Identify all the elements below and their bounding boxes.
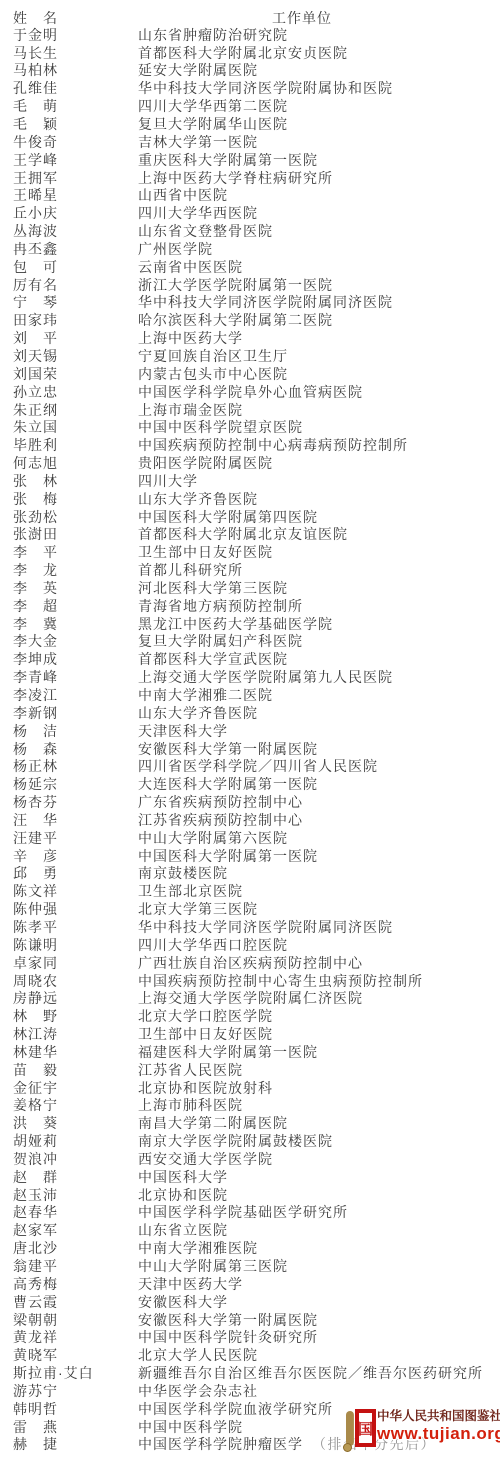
member-unit: 安徽医科大学第一附属医院 (138, 741, 318, 759)
member-unit-text: 中国医科大学附属第四医院 (138, 509, 318, 525)
member-unit: 中山大学附属第六医院 (138, 830, 288, 848)
member-unit-text: 华中科技大学同济医学院附属协和医院 (138, 80, 393, 96)
member-name: 牛俊奇 (13, 134, 58, 152)
member-unit-text: 华中科技大学同济医学院附属同济医院 (138, 294, 393, 310)
member-unit-text: 北京大学人民医院 (138, 1347, 258, 1363)
table-row: 丘小庆 四川大学华西医院 (0, 205, 500, 223)
member-unit: 中国医科大学附属第四医院 (138, 509, 318, 527)
table-row: 苗 毅 江苏省人民医院 (0, 1062, 500, 1080)
table-row: 冉丕鑫 广州医学院 (0, 241, 500, 259)
member-name: 游苏宁 (13, 1383, 58, 1401)
table-row: 金征宇 北京协和医院放射科 (0, 1080, 500, 1098)
member-name: 李 英 (13, 580, 58, 598)
member-unit-text: 中国中医科学院 (138, 1419, 243, 1435)
watermark-org-name: 中华人民共和国图鉴社 (377, 1406, 500, 1424)
member-unit-text: 中山大学附属第三医院 (138, 1258, 288, 1274)
member-unit-text: 重庆医科大学附属第一医院 (138, 152, 318, 168)
member-unit-text: 四川大学华西医院 (138, 205, 258, 221)
member-unit: 上海市瑞金医院 (138, 402, 243, 420)
table-row: 张 林 四川大学 (0, 473, 500, 491)
member-name: 刘 平 (13, 330, 58, 348)
member-name: 李 龙 (13, 562, 58, 580)
member-unit: 华中科技大学同济医学院附属同济医院 (138, 294, 393, 312)
member-unit-text: 浙江大学医学院附属第一医院 (138, 277, 333, 293)
member-unit-text: 南昌大学第二附属医院 (138, 1115, 288, 1131)
member-unit-text: 延安大学附属医院 (138, 62, 258, 78)
member-name: 李青峰 (13, 669, 58, 687)
member-name: 陈文祥 (13, 883, 58, 901)
table-row: 房静远 上海交通大学医学院附属仁济医院 (0, 990, 500, 1008)
member-name: 黄龙祥 (13, 1329, 58, 1347)
member-name: 宁 琴 (13, 294, 58, 312)
member-name: 杨正林 (13, 758, 58, 776)
table-row: 翁建平 中山大学附属第三医院 (0, 1258, 500, 1276)
member-unit-text: 上海交通大学医学院附属仁济医院 (138, 990, 363, 1006)
member-name: 赫 捷 (13, 1436, 58, 1454)
member-unit: 重庆医科大学附属第一医院 (138, 152, 318, 170)
member-unit: 中国中医科学院针灸研究所 (138, 1329, 318, 1347)
table-row: 孔维佳 华中科技大学同济医学院附属协和医院 (0, 80, 500, 98)
table-row: 梁朝朝 安徽医科大学第一附属医院 (0, 1312, 500, 1330)
member-unit-text: 山东大学齐鲁医院 (138, 491, 258, 507)
table-row: 牛俊奇 吉林大学第一医院 (0, 134, 500, 152)
member-name: 张 梅 (13, 491, 58, 509)
member-unit: 华中科技大学同济医学院附属协和医院 (138, 80, 393, 98)
member-unit-text: 中国医学科学院血液学研究所 (138, 1401, 333, 1417)
member-unit: 四川省医学科学院／四川省人民医院 (138, 758, 378, 776)
member-name: 曹云霞 (13, 1294, 58, 1312)
table-row: 宁 琴 华中科技大学同济医学院附属同济医院 (0, 294, 500, 312)
member-name: 毕胜利 (13, 437, 58, 455)
member-name: 毛 萌 (13, 98, 58, 116)
member-unit: 中南大学湘雅二医院 (138, 687, 273, 705)
table-row: 朱立国 中国中医科学院望京医院 (0, 419, 500, 437)
member-unit-text: 中国医科大学 (138, 1169, 228, 1185)
scroll-icon (346, 1411, 354, 1446)
member-name: 朱正纲 (13, 402, 58, 420)
table-row: 陈谦明 四川大学华西口腔医院 (0, 937, 500, 955)
member-unit: 中国中医科学院 (138, 1419, 243, 1437)
member-unit: 卫生部中日友好医院 (138, 1026, 273, 1044)
member-unit: 首都医科大学附属北京安贞医院 (138, 45, 348, 63)
table-row: 包 可 云南省中医医院 (0, 259, 500, 277)
member-unit-text: 四川大学华西口腔医院 (138, 937, 288, 953)
member-name: 苗 毅 (13, 1062, 58, 1080)
member-unit: 南京大学医学院附属鼓楼医院 (138, 1133, 333, 1151)
member-unit: 西安交通大学医学院 (138, 1151, 273, 1169)
member-name: 林江涛 (13, 1026, 58, 1044)
member-unit-text: 贵阳医学院附属医院 (138, 455, 273, 471)
member-name: 陈谦明 (13, 937, 58, 955)
table-row: 胡娅莉 南京大学医学院附属鼓楼医院 (0, 1133, 500, 1151)
national-seal-icon: 国 (355, 1409, 376, 1447)
table-row: 马长生 首都医科大学附属北京安贞医院 (0, 45, 500, 63)
table-row: 孙立忠 中国医学科学院阜外心血管病医院 (0, 384, 500, 402)
member-name: 杨 森 (13, 741, 58, 759)
member-unit-text: 江苏省疾病预防控制中心 (138, 812, 303, 828)
table-row: 张劲松 中国医科大学附属第四医院 (0, 509, 500, 527)
member-name: 田家玮 (13, 312, 58, 330)
member-unit: 延安大学附属医院 (138, 62, 258, 80)
member-unit: 北京协和医院放射科 (138, 1080, 273, 1098)
member-unit: 四川大学华西口腔医院 (138, 937, 288, 955)
member-unit-text: 上海市肺科医院 (138, 1097, 243, 1113)
member-name: 李 冀 (13, 616, 58, 634)
member-unit: 大连医科大学附属第一医院 (138, 776, 318, 794)
member-unit: 北京大学人民医院 (138, 1347, 258, 1365)
seal-character: 国 (358, 1418, 373, 1439)
table-row: 黄龙祥 中国中医科学院针灸研究所 (0, 1329, 500, 1347)
member-unit-text: 中山大学附属第六医院 (138, 830, 288, 846)
member-unit: 浙江大学医学院附属第一医院 (138, 277, 333, 295)
table-row: 陈仲强 北京大学第三医院 (0, 901, 500, 919)
table-row: 斯拉甫·艾白 新疆维吾尔自治区维吾尔医医院／维吾尔医药研究所 (0, 1365, 500, 1383)
member-name: 赵春华 (13, 1204, 58, 1222)
member-unit: 哈尔滨医科大学附属第二医院 (138, 312, 333, 330)
table-row: 高秀梅 天津中医药大学 (0, 1276, 500, 1294)
member-name: 厉有名 (13, 277, 58, 295)
table-row: 杨 森 安徽医科大学第一附属医院 (0, 741, 500, 759)
member-name: 斯拉甫·艾白 (13, 1365, 94, 1383)
member-unit-text: 中国中医科学院望京医院 (138, 419, 303, 435)
member-unit: 中南大学湘雅医院 (138, 1240, 258, 1258)
member-unit-text: 中南大学湘雅医院 (138, 1240, 258, 1256)
member-unit-text: 南京大学医学院附属鼓楼医院 (138, 1133, 333, 1149)
table-row: 姜格宁 上海市肺科医院 (0, 1097, 500, 1115)
member-name: 丘小庆 (13, 205, 58, 223)
member-name: 杨 洁 (13, 723, 58, 741)
member-name: 马柏林 (13, 62, 58, 80)
member-unit: 北京大学第三医院 (138, 901, 258, 919)
member-name: 李新钢 (13, 705, 58, 723)
table-row: 李 超 青海省地方病预防控制所 (0, 598, 500, 616)
member-unit-text: 首都儿科研究所 (138, 562, 243, 578)
member-unit-text: 天津医科大学 (138, 723, 228, 739)
member-name: 张劲松 (13, 509, 58, 527)
header-name-column: 姓 名 (13, 9, 58, 27)
table-row: 陈文祥 卫生部北京医院 (0, 883, 500, 901)
member-unit-text: 广西壮族自治区疾病预防控制中心 (138, 955, 363, 971)
member-unit-text: 复旦大学附属妇产科医院 (138, 633, 303, 649)
member-name: 金征宇 (13, 1080, 58, 1098)
member-unit: 山东省肿瘤防治研究院 (138, 27, 288, 45)
member-unit-text: 山东省立医院 (138, 1222, 228, 1238)
member-unit: 河北医科大学第三医院 (138, 580, 288, 598)
watermark: 国 中华人民共和国图鉴社 www.tujian.org (340, 1402, 500, 1458)
member-name: 于金明 (13, 27, 58, 45)
table-row: 毛 萌 四川大学华西第二医院 (0, 98, 500, 116)
member-unit-text: 四川大学 (138, 473, 198, 489)
member-list: 于金明 山东省肿瘤防治研究院 马长生 首都医科大学附属北京安贞医院 马柏林 延安… (0, 27, 500, 1455)
member-unit-text: 新疆维吾尔自治区维吾尔医医院／维吾尔医药研究所 (138, 1365, 483, 1381)
member-unit-text: 四川省医学科学院／四川省人民医院 (138, 758, 378, 774)
table-row: 刘国荣 内蒙古包头市中心医院 (0, 366, 500, 384)
table-row: 丛海波 山东省文登整骨医院 (0, 223, 500, 241)
header-unit-column: 工作单位 (272, 9, 332, 27)
member-unit: 卫生部北京医院 (138, 883, 243, 901)
member-unit-text: 中华医学会杂志社 (138, 1383, 258, 1399)
member-unit-text: 北京大学口腔医学院 (138, 1008, 273, 1024)
member-name: 刘天锡 (13, 348, 58, 366)
table-row: 李 平 卫生部中日友好医院 (0, 544, 500, 562)
member-unit-text: 安徽医科大学 (138, 1294, 228, 1310)
member-name: 辛 彦 (13, 848, 58, 866)
table-row: 毕胜利 中国疾病预防控制中心病毒病预防控制所 (0, 437, 500, 455)
table-row: 李青峰 上海交通大学医学院附属第九人民医院 (0, 669, 500, 687)
member-name: 陈仲强 (13, 901, 58, 919)
member-unit-text: 首都医科大学附属北京安贞医院 (138, 45, 348, 61)
member-unit: 江苏省疾病预防控制中心 (138, 812, 303, 830)
member-name: 李 平 (13, 544, 58, 562)
member-name: 孙立忠 (13, 384, 58, 402)
member-unit: 江苏省人民医院 (138, 1062, 243, 1080)
member-unit-text: 首都医科大学宣武医院 (138, 651, 288, 667)
member-unit-text: 复旦大学附属华山医院 (138, 116, 288, 132)
member-name: 赵玉沛 (13, 1187, 58, 1205)
member-unit: 贵阳医学院附属医院 (138, 455, 273, 473)
member-unit: 北京协和医院 (138, 1187, 228, 1205)
table-row: 汪 华 江苏省疾病预防控制中心 (0, 812, 500, 830)
member-unit-text: 天津中医药大学 (138, 1276, 243, 1292)
table-row: 赵玉沛 北京协和医院 (0, 1187, 500, 1205)
member-unit: 中国医学科学院基础医学研究所 (138, 1204, 348, 1222)
member-name: 张 林 (13, 473, 58, 491)
member-unit-text: 卫生部北京医院 (138, 883, 243, 899)
table-row: 汪建平 中山大学附属第六医院 (0, 830, 500, 848)
member-unit-text: 上海市瑞金医院 (138, 402, 243, 418)
table-row: 李 龙 首都儿科研究所 (0, 562, 500, 580)
table-row: 陈孝平 华中科技大学同济医学院附属同济医院 (0, 919, 500, 937)
member-name: 贺浪冲 (13, 1151, 58, 1169)
member-unit-text: 山东省文登整骨医院 (138, 223, 273, 239)
member-name: 胡娅莉 (13, 1133, 58, 1151)
table-row: 李 英 河北医科大学第三医院 (0, 580, 500, 598)
member-name: 马长生 (13, 45, 58, 63)
member-name: 李坤成 (13, 651, 58, 669)
table-row: 杨杏芬 广东省疾病预防控制中心 (0, 794, 500, 812)
table-row: 杨正林 四川省医学科学院／四川省人民医院 (0, 758, 500, 776)
table-row: 李新钢 山东大学齐鲁医院 (0, 705, 500, 723)
member-unit: 首都医科大学附属北京友谊医院 (138, 526, 348, 544)
member-name: 王晞星 (13, 187, 58, 205)
member-name: 黄晓军 (13, 1347, 58, 1365)
member-unit-text: 四川大学华西第二医院 (138, 98, 288, 114)
member-name: 冉丕鑫 (13, 241, 58, 259)
member-unit: 内蒙古包头市中心医院 (138, 366, 288, 384)
table-row: 黄晓军 北京大学人民医院 (0, 1347, 500, 1365)
member-name: 李凌江 (13, 687, 58, 705)
table-row: 赵春华 中国医学科学院基础医学研究所 (0, 1204, 500, 1222)
member-unit: 中国医学科学院血液学研究所 (138, 1401, 333, 1419)
member-unit: 吉林大学第一医院 (138, 134, 258, 152)
member-unit: 复旦大学附属妇产科医院 (138, 633, 303, 651)
member-name: 赵家军 (13, 1222, 58, 1240)
member-unit: 宁夏回族自治区卫生厅 (138, 348, 288, 366)
table-row: 赵家军 山东省立医院 (0, 1222, 500, 1240)
member-unit-text: 中国中医科学院针灸研究所 (138, 1329, 318, 1345)
member-name: 杨杏芬 (13, 794, 58, 812)
member-unit-text: 安徽医科大学第一附属医院 (138, 741, 318, 757)
member-unit-text: 内蒙古包头市中心医院 (138, 366, 288, 382)
member-name: 李 超 (13, 598, 58, 616)
member-unit: 中国医学科学院阜外心血管病医院 (138, 384, 363, 402)
table-row: 林江涛 卫生部中日友好医院 (0, 1026, 500, 1044)
member-unit-text: 广州医学院 (138, 241, 213, 257)
member-name: 翁建平 (13, 1258, 58, 1276)
table-row: 李坤成 首都医科大学宣武医院 (0, 651, 500, 669)
member-unit-text: 中国医学科学院阜外心血管病医院 (138, 384, 363, 400)
member-unit: 福建医科大学附属第一医院 (138, 1044, 318, 1062)
member-name: 汪 华 (13, 812, 58, 830)
member-unit: 上海交通大学医学院附属仁济医院 (138, 990, 363, 1008)
member-unit-text: 中国疾病预防控制中心寄生虫病预防控制所 (138, 973, 423, 989)
member-unit: 中国医科大学附属第一医院 (138, 848, 318, 866)
table-row: 贺浪冲 西安交通大学医学院 (0, 1151, 500, 1169)
member-name: 杨延宗 (13, 776, 58, 794)
member-unit: 首都儿科研究所 (138, 562, 243, 580)
member-unit-text: 中国疾病预防控制中心病毒病预防控制所 (138, 437, 408, 453)
member-unit: 广州医学院 (138, 241, 213, 259)
member-unit: 中国医科大学 (138, 1169, 228, 1187)
member-unit: 华中科技大学同济医学院附属同济医院 (138, 919, 393, 937)
member-unit-text: 山东省肿瘤防治研究院 (138, 27, 288, 43)
table-row: 卓家同 广西壮族自治区疾病预防控制中心 (0, 955, 500, 973)
member-unit-text: 哈尔滨医科大学附属第二医院 (138, 312, 333, 328)
member-unit-text: 北京协和医院放射科 (138, 1080, 273, 1096)
member-name: 邱 勇 (13, 865, 58, 883)
member-unit: 中国疾病预防控制中心寄生虫病预防控制所 (138, 973, 423, 991)
member-unit: 青海省地方病预防控制所 (138, 598, 303, 616)
table-row: 林 野 北京大学口腔医学院 (0, 1008, 500, 1026)
member-unit: 广西壮族自治区疾病预防控制中心 (138, 955, 363, 973)
member-name: 毛 颖 (13, 116, 58, 134)
table-row: 于金明 山东省肿瘤防治研究院 (0, 27, 500, 45)
member-name: 包 可 (13, 259, 58, 277)
member-name: 张澍田 (13, 526, 58, 544)
member-unit-text: 上海中医药大学脊柱病研究所 (138, 170, 333, 186)
member-unit-text: 北京大学第三医院 (138, 901, 258, 917)
member-unit-text: 山西省中医院 (138, 187, 228, 203)
member-name: 卓家同 (13, 955, 58, 973)
member-unit-text: 云南省中医医院 (138, 259, 243, 275)
member-unit: 四川大学华西医院 (138, 205, 258, 223)
member-unit: 新疆维吾尔自治区维吾尔医医院／维吾尔医药研究所 (138, 1365, 483, 1383)
member-name: 刘国荣 (13, 366, 58, 384)
table-row: 唐北沙 中南大学湘雅医院 (0, 1240, 500, 1258)
table-row: 朱正纲 上海市瑞金医院 (0, 402, 500, 420)
table-row: 马柏林 延安大学附属医院 (0, 62, 500, 80)
member-unit: 山西省中医院 (138, 187, 228, 205)
member-unit-text: 首都医科大学附属北京友谊医院 (138, 526, 348, 542)
member-unit-text: 安徽医科大学第一附属医院 (138, 1312, 318, 1328)
member-name: 何志旭 (13, 455, 58, 473)
table-row: 杨 洁 天津医科大学 (0, 723, 500, 741)
member-unit-text: 广东省疾病预防控制中心 (138, 794, 303, 810)
member-name: 周晓农 (13, 973, 58, 991)
table-row: 王晞星 山西省中医院 (0, 187, 500, 205)
member-name: 姜格宁 (13, 1097, 58, 1115)
member-name: 陈孝平 (13, 919, 58, 937)
member-unit-text: 中南大学湘雅二医院 (138, 687, 273, 703)
member-unit: 安徽医科大学 (138, 1294, 228, 1312)
table-row: 张 梅 山东大学齐鲁医院 (0, 491, 500, 509)
scroll-knob-icon (343, 1443, 352, 1452)
member-unit: 中国疾病预防控制中心病毒病预防控制所 (138, 437, 408, 455)
member-unit: 天津医科大学 (138, 723, 228, 741)
member-unit-text: 中国医学科学院基础医学研究所 (138, 1204, 348, 1220)
member-name: 王学峰 (13, 152, 58, 170)
member-name: 汪建平 (13, 830, 58, 848)
member-unit: 四川大学 (138, 473, 198, 491)
member-name: 王拥军 (13, 170, 58, 188)
table-row: 刘 平 上海中医药大学 (0, 330, 500, 348)
member-name: 朱立国 (13, 419, 58, 437)
table-row: 王学峰 重庆医科大学附属第一医院 (0, 152, 500, 170)
table-row: 游苏宁 中华医学会杂志社 (0, 1383, 500, 1401)
table-row: 曹云霞 安徽医科大学 (0, 1294, 500, 1312)
member-unit: 上海中医药大学脊柱病研究所 (138, 170, 333, 188)
member-unit: 广东省疾病预防控制中心 (138, 794, 303, 812)
document-page: 姓 名 工作单位 于金明 山东省肿瘤防治研究院 马长生 首都医科大学附属北京安贞… (0, 0, 500, 1460)
member-unit: 安徽医科大学第一附属医院 (138, 1312, 318, 1330)
member-unit: 天津中医药大学 (138, 1276, 243, 1294)
member-unit: 云南省中医医院 (138, 259, 243, 277)
member-name: 洪 葵 (13, 1115, 58, 1133)
member-unit: 南京鼓楼医院 (138, 865, 228, 883)
table-row: 李 冀 黑龙江中医药大学基础医学院 (0, 616, 500, 634)
table-row: 李凌江 中南大学湘雅二医院 (0, 687, 500, 705)
table-row: 赵 群 中国医科大学 (0, 1169, 500, 1187)
member-unit-text: 中国医科大学附属第一医院 (138, 848, 318, 864)
member-unit: 卫生部中日友好医院 (138, 544, 273, 562)
member-unit: 北京大学口腔医学院 (138, 1008, 273, 1026)
table-row: 张澍田 首都医科大学附属北京友谊医院 (0, 526, 500, 544)
member-unit: 四川大学华西第二医院 (138, 98, 288, 116)
table-row: 田家玮 哈尔滨医科大学附属第二医院 (0, 312, 500, 330)
member-unit: 中华医学会杂志社 (138, 1383, 258, 1401)
member-unit: 上海中医药大学 (138, 330, 243, 348)
member-name: 雷 燕 (13, 1419, 58, 1437)
member-unit-text: 上海中医药大学 (138, 330, 243, 346)
table-row: 杨延宗 大连医科大学附属第一医院 (0, 776, 500, 794)
member-unit: 上海交通大学医学院附属第九人民医院 (138, 669, 393, 687)
member-name: 孔维佳 (13, 80, 58, 98)
table-row: 刘天锡 宁夏回族自治区卫生厅 (0, 348, 500, 366)
table-row: 李大金 复旦大学附属妇产科医院 (0, 633, 500, 651)
member-unit-text: 山东大学齐鲁医院 (138, 705, 258, 721)
table-row: 林建华 福建医科大学附属第一医院 (0, 1044, 500, 1062)
member-unit: 中国中医科学院望京医院 (138, 419, 303, 437)
member-name: 李大金 (13, 633, 58, 651)
member-unit: 首都医科大学宣武医院 (138, 651, 288, 669)
member-unit-text: 吉林大学第一医院 (138, 134, 258, 150)
member-unit: 复旦大学附属华山医院 (138, 116, 288, 134)
member-unit: 山东省文登整骨医院 (138, 223, 273, 241)
member-name: 房静远 (13, 990, 58, 1008)
watermark-url: www.tujian.org (377, 1424, 500, 1444)
member-unit-text: 青海省地方病预防控制所 (138, 598, 303, 614)
member-unit-text: 河北医科大学第三医院 (138, 580, 288, 596)
table-row: 洪 葵 南昌大学第二附属医院 (0, 1115, 500, 1133)
member-unit-text: 上海交通大学医学院附属第九人民医院 (138, 669, 393, 685)
member-name: 林建华 (13, 1044, 58, 1062)
table-row: 周晓农 中国疾病预防控制中心寄生虫病预防控制所 (0, 973, 500, 991)
member-unit-text: 大连医科大学附属第一医院 (138, 776, 318, 792)
member-unit-text: 西安交通大学医学院 (138, 1151, 273, 1167)
member-name: 梁朝朝 (13, 1312, 58, 1330)
member-unit-text: 卫生部中日友好医院 (138, 1026, 273, 1042)
table-row: 王拥军 上海中医药大学脊柱病研究所 (0, 170, 500, 188)
